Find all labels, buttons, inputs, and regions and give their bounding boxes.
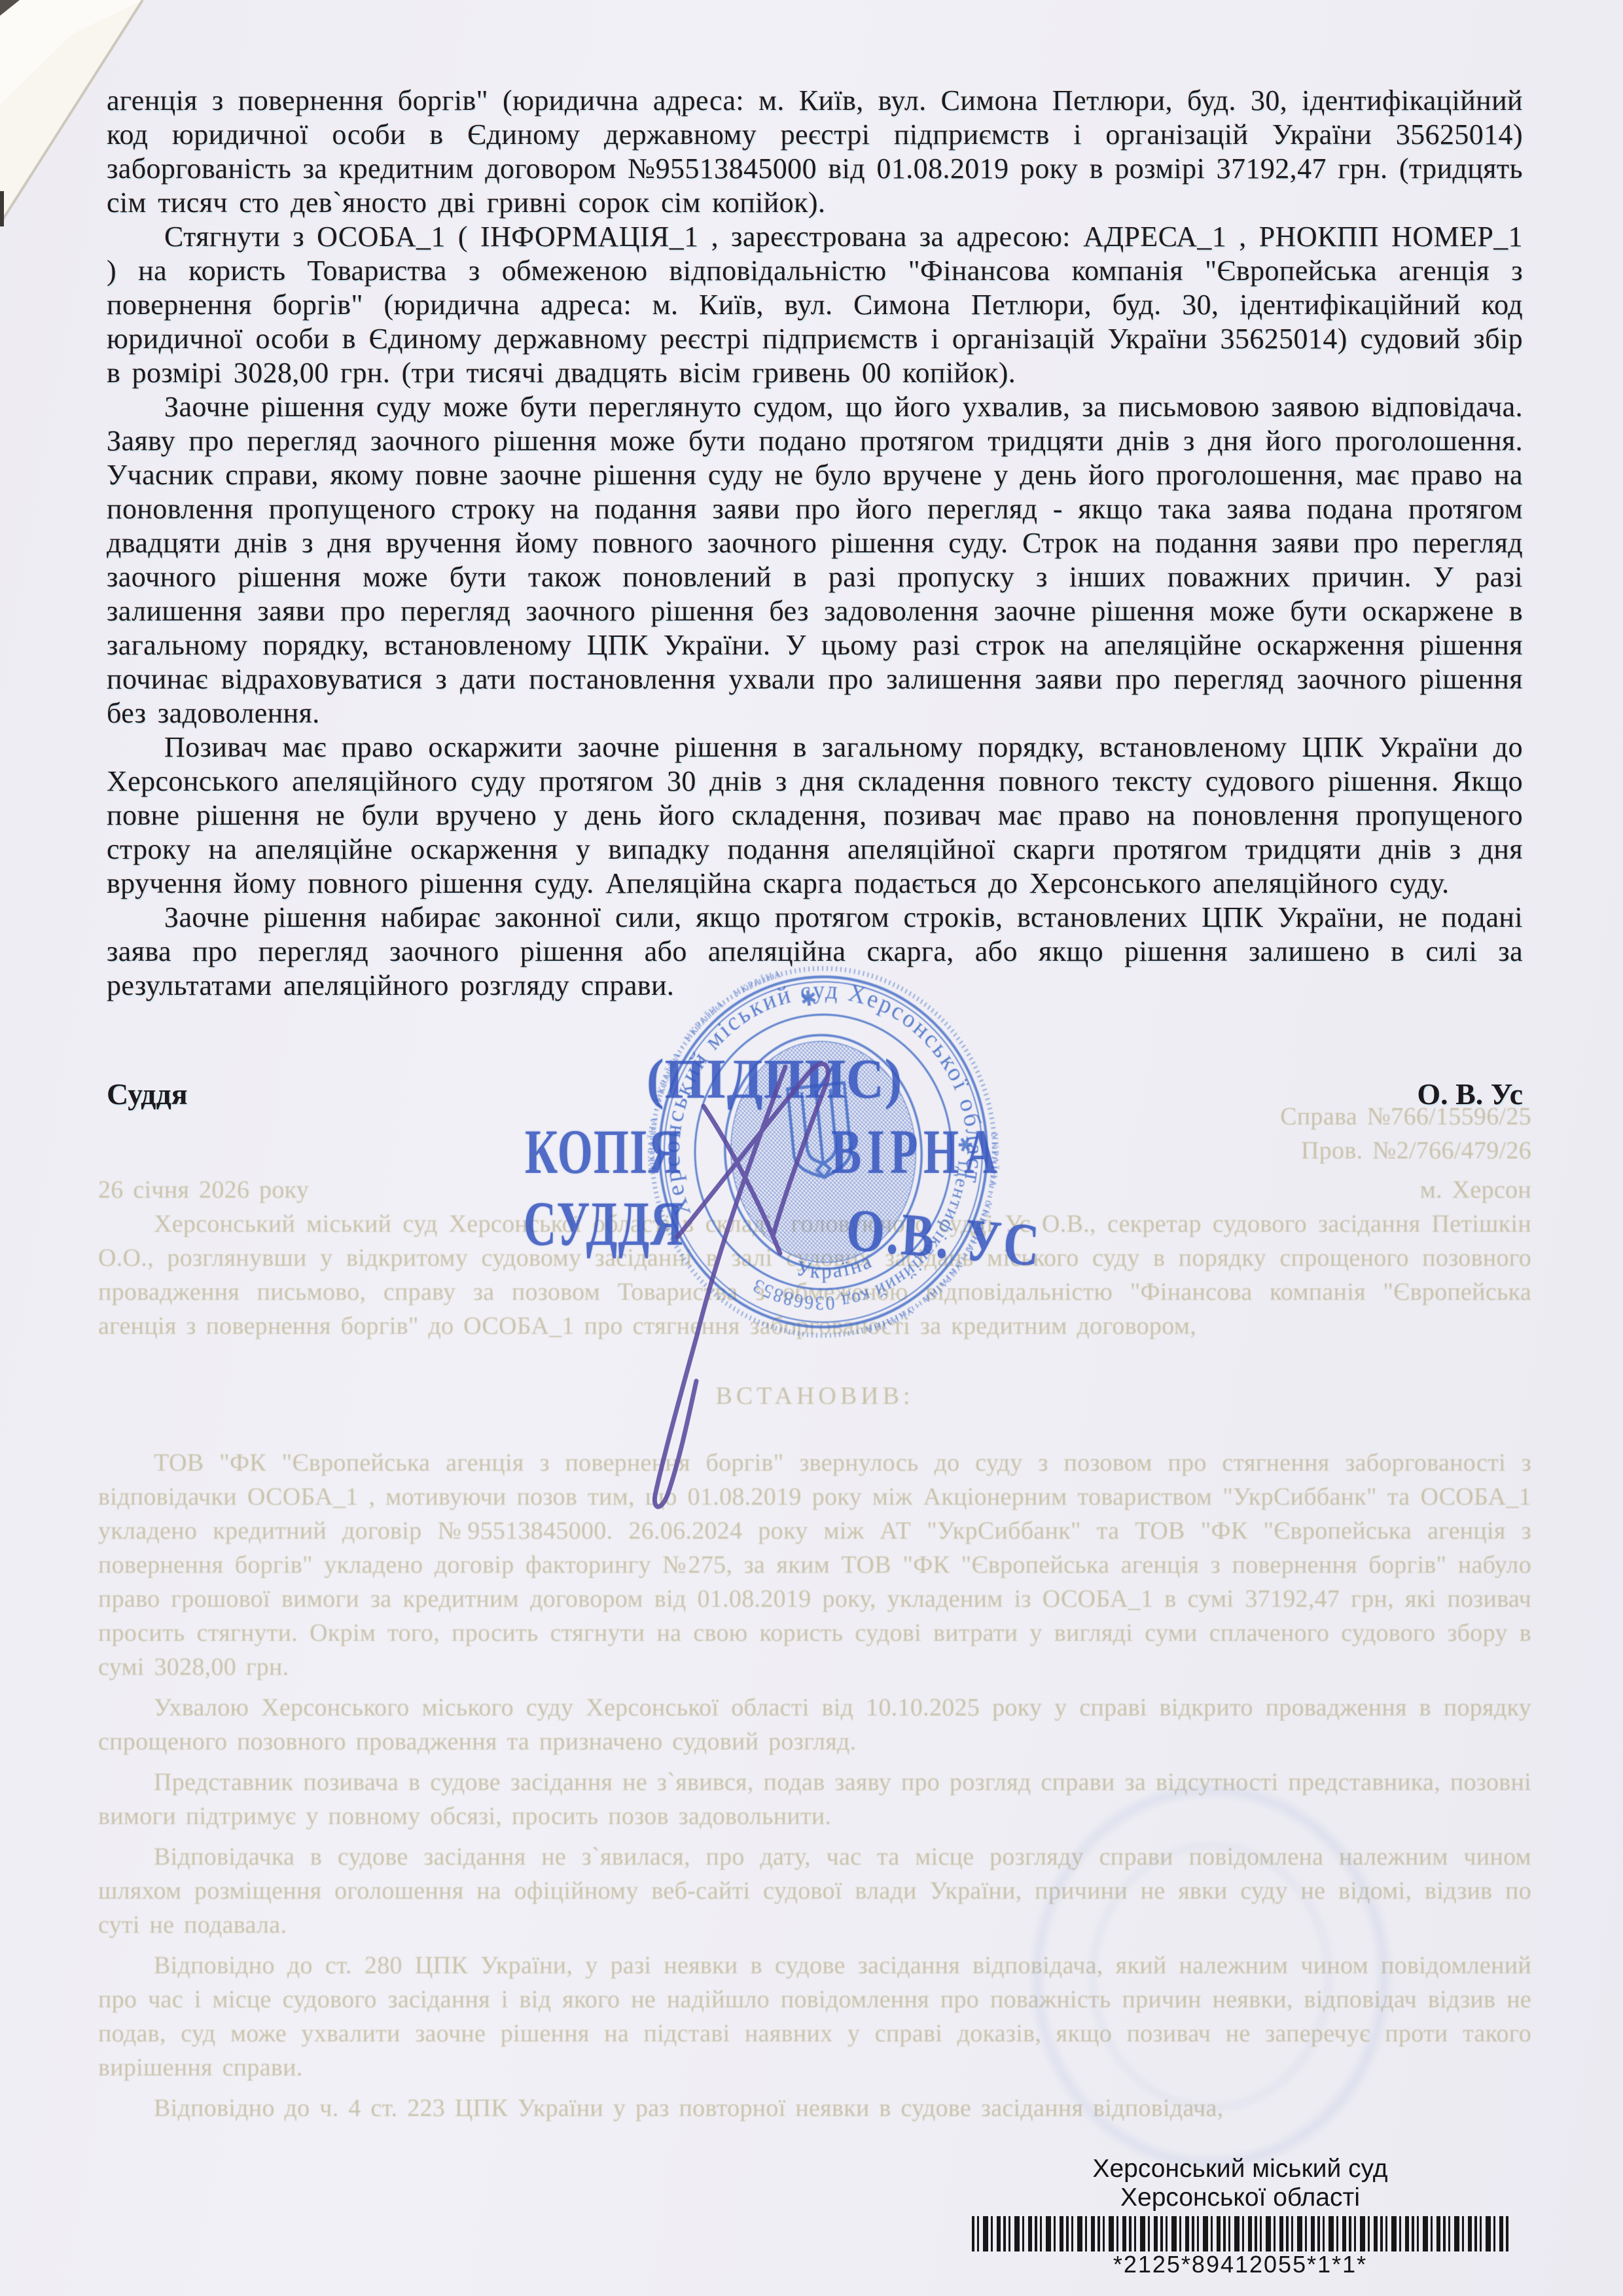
scanned-court-decision-page: агенція з повернення боргів" (юридична а…	[0, 0, 1623, 2296]
barcode	[972, 2216, 1508, 2251]
decision-body-text: агенція з повернення боргів" (юридична а…	[107, 84, 1523, 1003]
handwritten-signature	[615, 929, 955, 1571]
body-paragraph: Позивач має право оскаржити заочне рішен…	[107, 730, 1523, 901]
ghost-seal-ring	[1008, 1774, 1414, 2179]
ghost-paragraph: Ухвалою Херсонського міського суду Херсо…	[98, 1691, 1531, 1759]
court-barcode-block: Херсонський міський суд Херсонської обла…	[946, 2155, 1535, 2279]
ghost-city: м. Херсон	[1420, 1173, 1531, 1207]
body-paragraph: агенція з повернення боргів" (юридична а…	[107, 84, 1523, 220]
footer-court-line2: Херсонської області	[946, 2183, 1535, 2212]
footer-court-line1: Херсонський міський суд	[946, 2155, 1535, 2183]
ghost-date: 26 січня 2026 року	[98, 1173, 309, 1207]
barcode-caption: *2125*89412055*1*1*	[946, 2250, 1535, 2279]
body-paragraph: Стягнути з ОСОБА_1 ( ІНФОРМАЦІЯ_1 , заре…	[107, 220, 1523, 390]
body-paragraph: Заочне рішення суду може бути переглянут…	[107, 390, 1523, 730]
scan-edge-artifact	[0, 191, 4, 226]
